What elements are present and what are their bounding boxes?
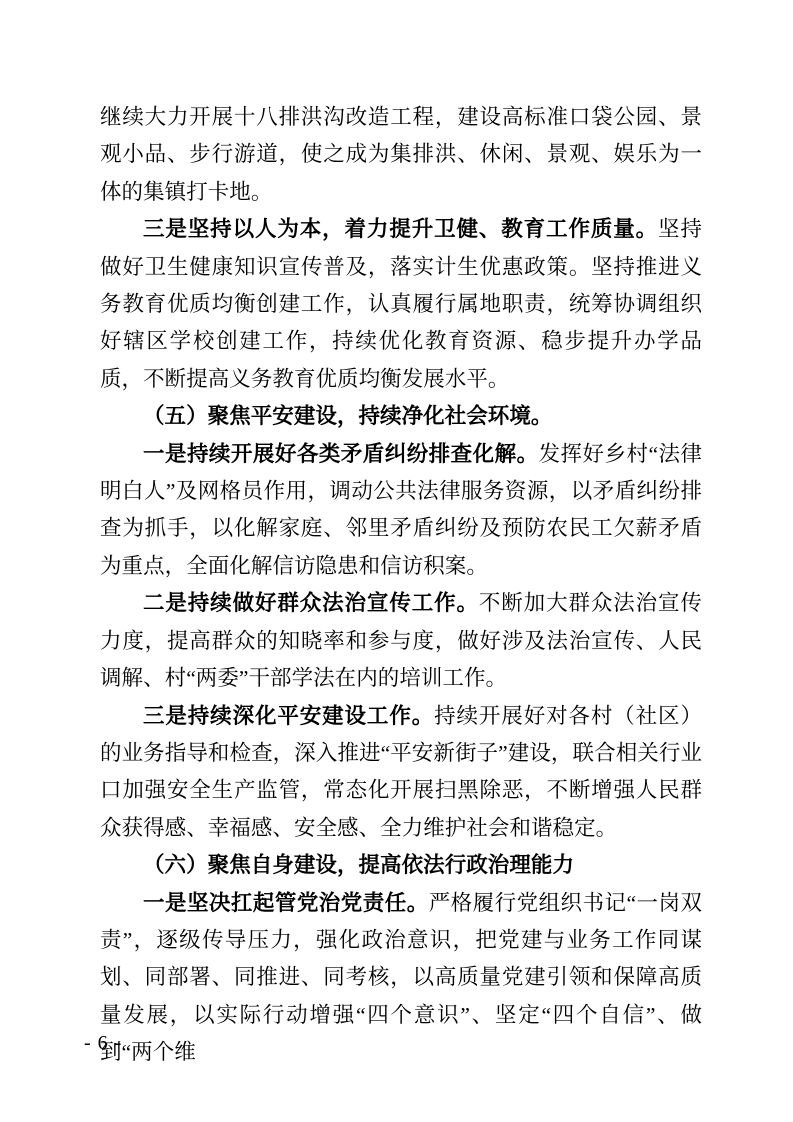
paragraph-item-1-dispute-resolution: 一是持续开展好各类矛盾纠纷排查化解。发挥好乡村“法律明白人”及网格员作用，调动公… xyxy=(100,436,702,586)
paragraph-lead: 三是持续深化平安建设工作。 xyxy=(143,704,434,728)
paragraph-text: 严格履行党组织书记“一岗双责”，逐级传导压力，强化政治意识，把党建与业务工作同谋… xyxy=(100,891,702,1065)
paragraph-lead: 三是坚持以人为本，着力提升卫健、教育工作质量。 xyxy=(143,217,658,241)
paragraph-continuation: 继续大力开展十八排洪沟改造工程，建设高标准口袋公园、景观小品、步行游道，使之成为… xyxy=(100,99,702,211)
page-number: - 6 - xyxy=(84,1031,122,1055)
paragraph-item-3-safety-construction: 三是持续深化平安建设工作。持续开展好对各村（社区）的业务指导和检查，深入推进“平… xyxy=(100,698,702,848)
paragraph-item-1-party-responsibility: 一是坚决扛起管党治党责任。严格履行党组织书记“一岗双责”，逐级传导压力，强化政治… xyxy=(100,885,702,1072)
paragraph-lead: 二是持续做好群众法治宣传工作。 xyxy=(143,591,479,615)
paragraph-lead: 一是坚决扛起管党治党责任。 xyxy=(143,891,429,915)
paragraph-item-2-law-publicity: 二是持续做好群众法治宣传工作。不断加大群众法治宣传力度，提高群众的知晓率和参与度… xyxy=(100,585,702,697)
paragraph-item-3-health-education: 三是坚持以人为本，着力提升卫健、教育工作质量。坚持做好卫生健康知识宣传普及，落实… xyxy=(100,211,702,398)
section-heading-5: （五）聚焦平安建设，持续净化社会环境。 xyxy=(100,398,702,435)
paragraph-text: 坚持做好卫生健康知识宣传普及，落实计生优惠政策。坚持推进义务教育优质均衡创建工作… xyxy=(100,217,702,391)
document-body: 继续大力开展十八排洪沟改造工程，建设高标准口袋公园、景观小品、步行游道，使之成为… xyxy=(100,99,702,1072)
section-heading-6: （六）聚焦自身建设，提高依法行政治理能力 xyxy=(100,847,702,884)
paragraph-lead: 一是持续开展好各类矛盾纠纷排查化解。 xyxy=(143,442,539,466)
document-page: 继续大力开展十八排洪沟改造工程，建设高标准口袋公园、景观小品、步行游道，使之成为… xyxy=(0,0,793,1122)
